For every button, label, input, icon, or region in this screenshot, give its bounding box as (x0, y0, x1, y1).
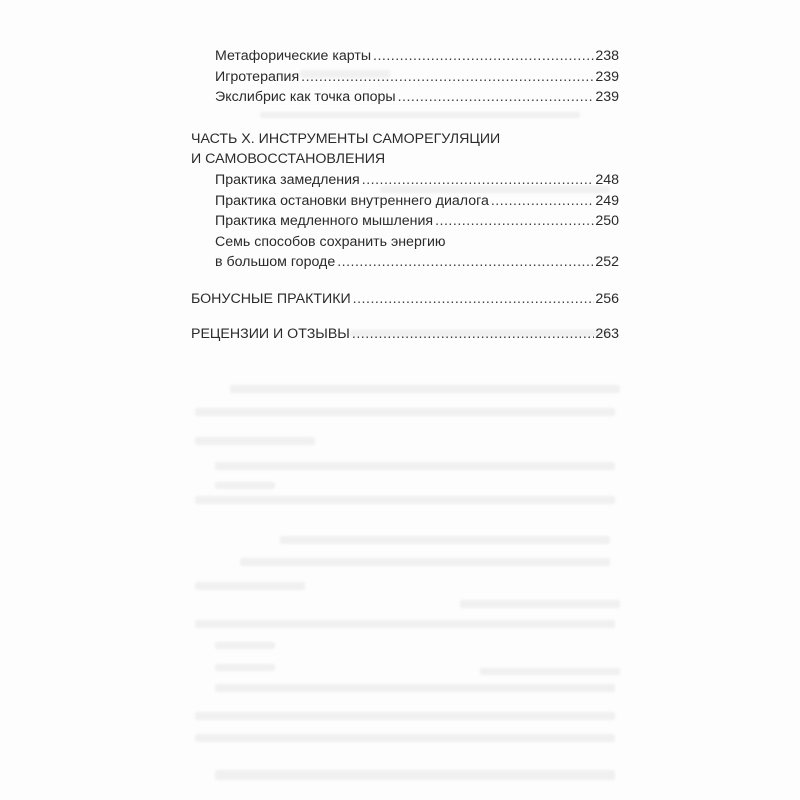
show-through-mark (195, 582, 305, 590)
toc-entry-title: Практика остановки внутреннего диалога (215, 191, 489, 212)
toc-entry-page: 256 (595, 289, 619, 310)
dot-leader (337, 252, 594, 273)
toc-entry-page: 252 (595, 252, 619, 273)
toc-entry-reviews: РЕЦЕНЗИИ И ОТЗЫВЫ 263 (191, 324, 619, 345)
toc-entry-title: Метафорические карты (215, 46, 371, 67)
dot-leader (398, 87, 595, 108)
dot-leader (362, 170, 595, 191)
toc-entry-title: Практика медленного мышления (215, 211, 433, 232)
dot-leader (435, 211, 594, 232)
dot-leader (353, 289, 595, 310)
toc-entry-title: Игротерапия (215, 67, 299, 88)
show-through-mark (240, 558, 610, 566)
toc-entry-page: 248 (595, 170, 619, 191)
toc-entry-title: БОНУСНЫЕ ПРАКТИКИ (191, 289, 351, 310)
toc-entry-bonus: БОНУСНЫЕ ПРАКТИКИ 256 (191, 289, 619, 310)
show-through-mark (480, 668, 620, 675)
show-through-mark (215, 664, 275, 671)
show-through-mark (230, 385, 620, 393)
toc-entry: Практика остановки внутреннего диалога 2… (191, 191, 619, 212)
toc-entry: Метафорические карты 238 (191, 46, 619, 67)
toc-entry-page: 263 (595, 324, 619, 345)
dot-leader (373, 46, 594, 67)
toc-entry-title: Семь способов сохранить энергию (215, 232, 446, 253)
show-through-mark (195, 408, 615, 416)
toc-entry: в большом городе 252 (191, 252, 619, 273)
show-through-mark (215, 462, 615, 470)
toc-entry: Практика медленного мышления 250 (191, 211, 619, 232)
part-heading-line-2: И САМОВОССТАНОВЛЕНИЯ (191, 149, 619, 170)
show-through-mark (460, 600, 620, 608)
dot-leader (491, 191, 594, 212)
show-through-mark (215, 770, 615, 780)
toc-entry-title: РЕЦЕНЗИИ И ОТЗЫВЫ (191, 324, 350, 345)
show-through-mark (195, 496, 615, 504)
show-through-mark (195, 437, 315, 445)
show-through-mark (280, 536, 610, 544)
toc-entry-title: Экслибрис как точка опоры (215, 87, 396, 108)
toc-entry-title: Практика замедления (215, 170, 360, 191)
show-through-mark (195, 712, 615, 720)
book-page: Метафорические карты 238 Игротерапия 239… (0, 0, 800, 800)
toc-entry-page: 249 (595, 191, 619, 212)
show-through-mark (195, 734, 615, 742)
show-through-mark (195, 620, 615, 628)
dot-leader (352, 324, 594, 345)
dot-leader (301, 67, 594, 88)
part-heading-line-1: ЧАСТЬ X. ИНСТРУМЕНТЫ САМОРЕГУЛЯЦИИ (191, 129, 619, 150)
toc-entry: Игротерапия 239 (191, 67, 619, 88)
show-through-mark (215, 642, 275, 649)
show-through-mark (215, 684, 615, 692)
toc-entry-page: 239 (595, 67, 619, 88)
toc-entry-page: 239 (595, 87, 619, 108)
toc-entry-title: в большом городе (215, 252, 335, 273)
toc-entry: Практика замедления 248 (191, 170, 619, 191)
toc-entry: Экслибрис как точка опоры 239 (191, 87, 619, 108)
table-of-contents: Метафорические карты 238 Игротерапия 239… (191, 46, 619, 344)
toc-entry-page: 250 (595, 211, 619, 232)
part-heading: ЧАСТЬ X. ИНСТРУМЕНТЫ САМОРЕГУЛЯЦИИ И САМ… (191, 129, 619, 170)
toc-entry-line-1: Семь способов сохранить энергию (191, 232, 619, 253)
toc-entry-page: 238 (595, 46, 619, 67)
show-through-mark (215, 482, 275, 489)
